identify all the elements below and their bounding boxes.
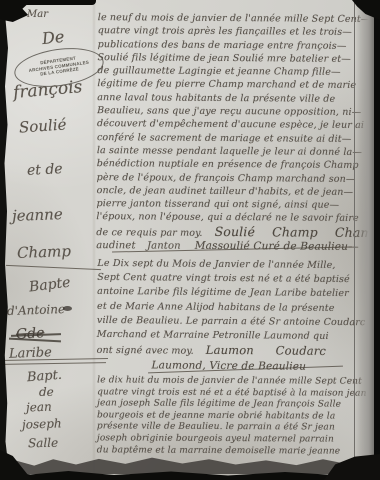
margin-note-bapt: Bapt. bbox=[27, 368, 63, 385]
margin-note-bapte: Bapte bbox=[28, 275, 71, 296]
margin-note-jeanne: jeanne bbox=[12, 205, 63, 225]
register-scan-page: Mar De DÉPARTEMENT ARCHIVES COMMUNALES D… bbox=[0, 0, 380, 480]
margin-note-de-flourish: De bbox=[41, 27, 65, 48]
manuscript-line: du baptême et la marraine demoiselle mar… bbox=[97, 445, 359, 458]
closing-line: ont signé avec moy. Laumon Coudarc bbox=[97, 342, 355, 360]
manuscript-line: joseph obriginie bourgeois ayeul materne… bbox=[97, 433, 359, 446]
margin-note-jean: jean bbox=[26, 400, 52, 415]
baptism-record-laribe: Le Dix sept du Mois de Janvier de l'anné… bbox=[97, 257, 356, 375]
manuscript-line: bénédiction nuptiale en présence de fran… bbox=[97, 157, 355, 172]
margin-rule-champ bbox=[6, 265, 101, 270]
page-edge-right bbox=[374, 0, 380, 480]
requis-text: de ce requis par moy. bbox=[96, 226, 202, 240]
signatures: Laumon Coudarc bbox=[206, 343, 326, 358]
margin-note-mar: Mar bbox=[27, 9, 48, 20]
page-edge-left bbox=[0, 0, 10, 480]
manuscript-line: Marchand et Marraine Petronille Laumond … bbox=[97, 328, 355, 344]
margin-note-et-de: et de bbox=[27, 161, 63, 179]
requis-text: ont signé avec moy. bbox=[97, 344, 194, 359]
margin-note-joseph: joseph bbox=[22, 416, 62, 431]
margin-note-salle: Salle bbox=[28, 436, 58, 451]
margin-note-de: de bbox=[39, 385, 54, 399]
baptism-record-salle: le dix huit du mois de janvier de l'anné… bbox=[97, 375, 359, 458]
margin-note-champ: Champ bbox=[17, 242, 72, 262]
ink-blot bbox=[63, 306, 72, 311]
book-gutter bbox=[354, 0, 375, 480]
manuscript-line: découvert d'empêchement d'aucune espèce,… bbox=[97, 117, 355, 132]
margin-rule-laribe bbox=[2, 362, 106, 365]
margin-note-dantoine: d'Antoine bbox=[7, 302, 66, 318]
manuscript-line: le dix huit du mois de janvier de l'anné… bbox=[97, 375, 359, 388]
closing-line: de ce requis par moy. Soulié Champ Champ bbox=[96, 224, 354, 241]
margin-note-soulie: Soulié bbox=[18, 115, 67, 136]
manuscript-line: quatre vingt trois après les fiançailles… bbox=[98, 24, 356, 39]
page-edge-top bbox=[24, 0, 96, 5]
marriage-record: le neuf du mois de janvier de l'année mi… bbox=[96, 11, 356, 254]
